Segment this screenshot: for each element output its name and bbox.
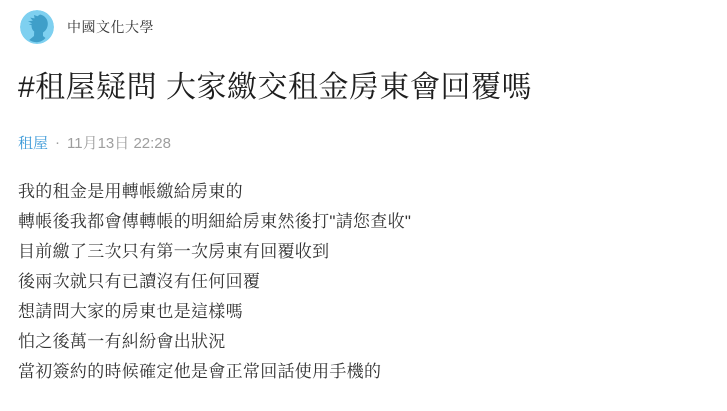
body-line: 當初簽約的時候確定他是會正常回話使用手機的 [18,357,709,387]
avatar [20,10,54,44]
body-line: 後兩次就只有已讀沒有任何回覆 [18,267,709,297]
author-name: 中國文化大學 [67,17,154,37]
post-page: 中國文化大學 #租屋疑問 大家繳交租金房東會回覆嗎 租屋 · 11月13日 22… [0,0,727,387]
board-link[interactable]: 租屋 [18,132,48,153]
post-title: #租屋疑問 大家繳交租金房東會回覆嗎 [18,71,709,106]
body-line: 轉帳後我都會傳轉帳的明細給房東然後打"請您查收" [18,207,709,237]
meta-separator: · [55,134,60,151]
person-silhouette-icon [20,10,54,44]
author-header: 中國文化大學 [20,10,709,44]
post-meta: 租屋 · 11月13日 22:28 [18,132,709,153]
body-line: 想請問大家的房東也是這樣嗎 [18,297,709,327]
body-line: 怕之後萬一有糾紛會出狀況 [18,327,709,357]
body-line: 我的租金是用轉帳繳給房東的 [18,177,709,207]
body-line: 目前繳了三次只有第一次房東有回覆收到 [18,237,709,267]
post-timestamp: 11月13日 22:28 [67,132,171,153]
post-body: 我的租金是用轉帳繳給房東的 轉帳後我都會傳轉帳的明細給房東然後打"請您查收" 目… [18,177,709,387]
